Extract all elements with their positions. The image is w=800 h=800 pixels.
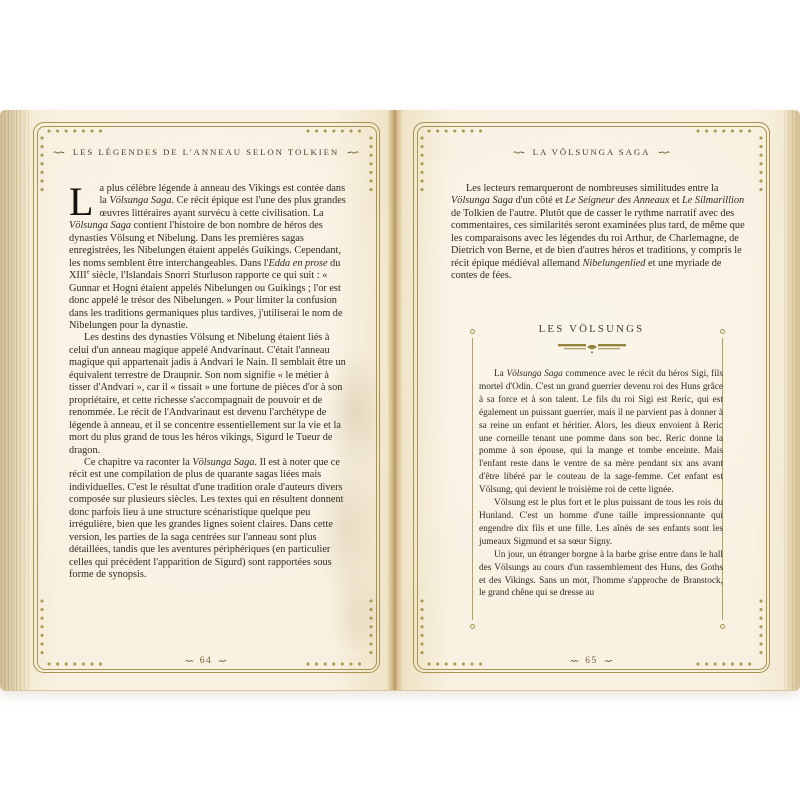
corner-dots [306, 129, 366, 133]
flourish-icon [53, 149, 65, 156]
right-header-label: LA VÖLSUNGA SAGA [533, 147, 651, 157]
drop-cap: L [69, 183, 99, 219]
paragraph: Völsung est le plus fort et le plus puis… [479, 497, 723, 549]
corner-dots [369, 599, 373, 659]
corner-dots [40, 136, 44, 196]
left-running-header: LES LÉGENDES DE L'ANNEAU SELON TOLKIEN [34, 147, 378, 157]
flourish-icon [185, 658, 194, 664]
corner-dots [759, 136, 763, 196]
right-fore-edge [784, 110, 800, 690]
corner-dots [40, 599, 44, 659]
left-body-text: La plus célèbre légende à anneau des Vik… [69, 183, 347, 582]
section-title: LES VÖLSUNGS [414, 323, 769, 335]
rule-circle-icon [470, 329, 475, 334]
section-left-rule [469, 329, 476, 629]
section-divider-ornament [414, 341, 769, 354]
book-spread: LES LÉGENDES DE L'ANNEAU SELON TOLKIEN L… [0, 110, 800, 690]
corner-dots [427, 129, 487, 133]
right-page-number-value: 65 [585, 656, 598, 666]
right-intro-text: Les lecteurs remarqueront de nombreuses … [451, 183, 747, 283]
right-running-header: LA VÖLSUNGA SAGA [414, 147, 769, 157]
flourish-icon [347, 149, 359, 156]
left-page-number: 64 [34, 656, 378, 666]
flourish-icon [658, 149, 670, 156]
left-page: LES LÉGENDES DE L'ANNEAU SELON TOLKIEN L… [0, 110, 388, 690]
paragraph: La Völsunga Saga commence avec le récit … [479, 368, 723, 497]
corner-dots [369, 136, 373, 196]
flourish-icon [218, 658, 227, 664]
rule-circle-icon [720, 329, 725, 334]
left-fore-edge [0, 110, 30, 690]
flourish-icon [604, 658, 613, 664]
corner-dots [696, 129, 756, 133]
paragraph: Les lecteurs remarqueront de nombreuses … [451, 183, 747, 283]
corner-dots [420, 599, 424, 659]
left-page-number-value: 64 [200, 656, 213, 666]
paragraph: Ce chapitre va raconter la Völsunga Saga… [69, 457, 347, 582]
flourish-icon [513, 149, 525, 156]
book-spine [388, 110, 402, 690]
corner-dots [759, 599, 763, 659]
left-header-label: LES LÉGENDES DE L'ANNEAU SELON TOLKIEN [73, 147, 339, 157]
right-page-number: 65 [414, 656, 769, 666]
rule-circle-icon [720, 624, 725, 629]
paragraph: Un jour, un étranger borgne à la barbe g… [479, 549, 723, 601]
section-body-text: La Völsunga Saga commence avec le récit … [479, 368, 723, 600]
corner-dots [420, 136, 424, 196]
paragraph: La plus célèbre légende à anneau des Vik… [69, 183, 347, 332]
rule-circle-icon [470, 624, 475, 629]
corner-dots [47, 129, 107, 133]
flourish-icon [570, 658, 579, 664]
right-page: LA VÖLSUNGA SAGA Les lecteurs remarquero… [402, 110, 800, 690]
paragraph: Les destins des dynasties Völsung et Nib… [69, 332, 347, 457]
